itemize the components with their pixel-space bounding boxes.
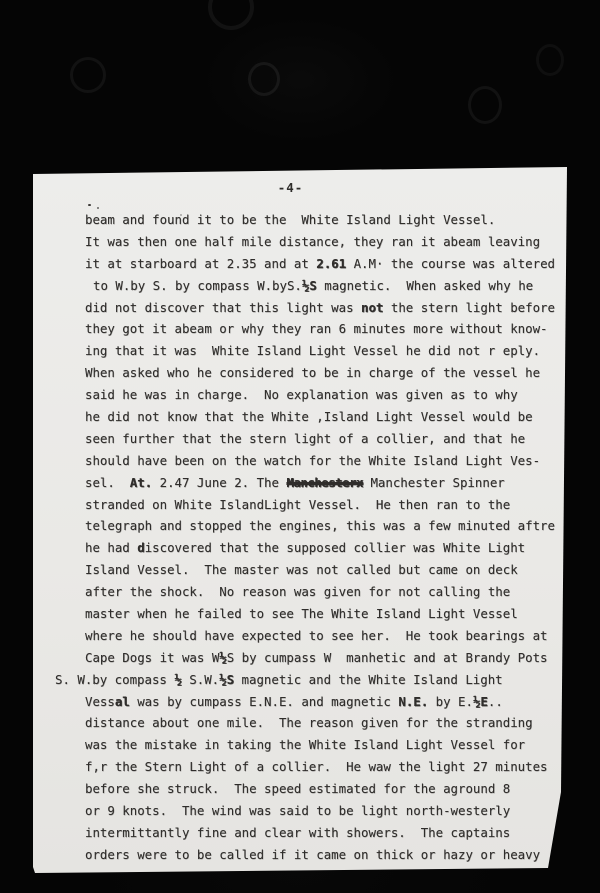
binder-hole-mark xyxy=(248,62,280,96)
text-line: he had discovered that the supposed coll… xyxy=(85,537,560,559)
ink-speck xyxy=(88,204,91,206)
text-line: distance about one mile. The reason give… xyxy=(85,712,560,734)
text-line: they got it abeam or why they ran 6 minu… xyxy=(85,318,560,340)
text-line: S. W.by compass ½ S.W.½S magnetic and th… xyxy=(55,669,560,691)
struck-out-word: Manchesterx xyxy=(286,475,363,490)
text-line: Vessal was by cumpass E.N.E. and magneti… xyxy=(85,691,560,713)
text-line: or 9 knots. The wind was said to be ligh… xyxy=(85,800,560,822)
text-line: was the mistake in taking the White Isla… xyxy=(85,734,560,756)
text-line: before she struck. The speed estimated f… xyxy=(85,778,560,800)
text-line: where he should have expected to see her… xyxy=(85,625,560,647)
text-line: f,r the Stern Light of a collier. He waw… xyxy=(85,756,560,778)
text-line: master when he failed to see The White I… xyxy=(85,603,560,625)
text-line: should have been on the watch for the Wh… xyxy=(85,450,560,472)
text-line: orders were to be called if it came on t… xyxy=(85,844,560,866)
text-line: after the shock. No reason was given for… xyxy=(85,581,560,603)
text-line: telegraph and stopped the engines, this … xyxy=(85,515,560,537)
text-line: When asked who he considered to be in ch… xyxy=(85,362,560,384)
text-line: beam and found it to be the White Island… xyxy=(85,209,560,231)
text-line: stranded on White IslandLight Vessel. He… xyxy=(85,494,560,516)
text-line: he did not know that the White ,Island L… xyxy=(85,406,560,428)
page-number: -4- xyxy=(23,180,558,195)
text-line: seen further that the stern light of a c… xyxy=(85,428,560,450)
binder-hole-mark xyxy=(536,44,564,76)
document-text-lines: beam and found it to be the White Island… xyxy=(85,209,560,866)
document-page: -4- beam and found it to be the White Is… xyxy=(33,167,568,873)
binder-hole-mark xyxy=(70,57,106,93)
text-line: intermittantly fine and clear with showe… xyxy=(85,822,560,844)
text-line: Cape Dogs it was W½S by cumpass W manhet… xyxy=(85,647,560,669)
text-line: Island Vessel. The master was not called… xyxy=(85,559,560,581)
text-line: it at starboard at 2.35 and at 2.61 A.M·… xyxy=(85,253,560,275)
text-line: said he was in charge. No explanation wa… xyxy=(85,384,560,406)
text-line: It was then one half mile distance, they… xyxy=(85,231,560,253)
text-line: sel. At. 2.47 June 2. The Manchesterx Ma… xyxy=(85,472,560,494)
binder-hole-mark xyxy=(468,86,502,124)
text-line: to W.by S. by compass W.byS.½S magnetic.… xyxy=(93,275,560,297)
text-line: did not discover that this light was not… xyxy=(85,297,560,319)
text-line: ing that it was White Island Light Vesse… xyxy=(85,340,560,362)
